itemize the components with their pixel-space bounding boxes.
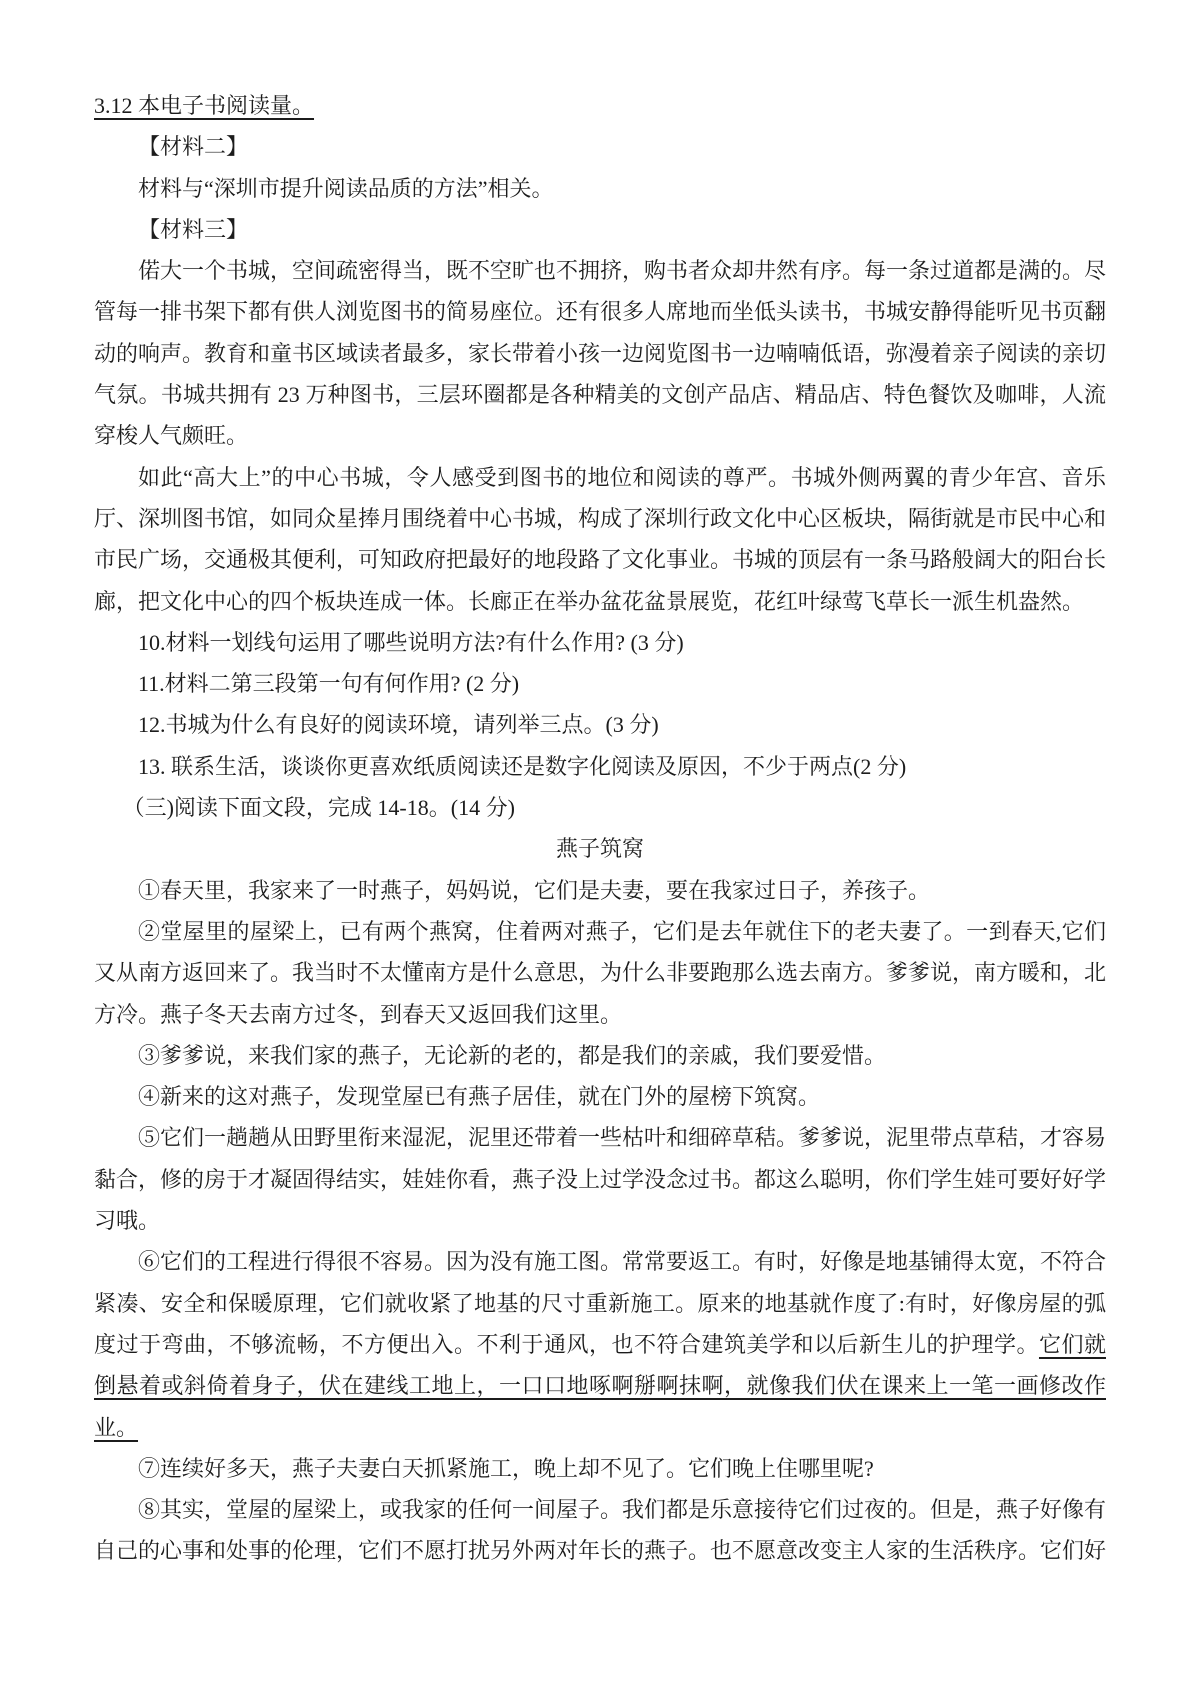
- essay-paragraph-2: ②堂屋里的屋梁上，已有两个燕窝，住着两对燕子，它们是去年就住下的老夫妻了。一到春…: [94, 911, 1106, 1035]
- essay-paragraph-4: ④新来的这对燕子，发现堂屋已有燕子居佳，就在门外的屋榜下筑窝。: [94, 1076, 1106, 1117]
- question-11: 11.材料二第三段第一句有何作用? (2 分): [94, 663, 1106, 704]
- material-3-label: 【材料三】: [94, 209, 1106, 250]
- material-2-text: 材料与“深圳市提升阅读品质的方法”相关。: [94, 168, 1106, 209]
- question-3-tail-line: 3.12 本电子书阅读量。: [94, 85, 1106, 126]
- question-10: 10.材料一划线句运用了哪些说明方法?有什么作用? (3 分): [94, 622, 1106, 663]
- essay-paragraph-3: ③爹爹说，来我们家的燕子，无论新的老的，都是我们的亲戚，我们要爱惜。: [94, 1035, 1106, 1076]
- question-3-tail-underlined-text: 3.12 本电子书阅读量。: [94, 93, 314, 118]
- material-3-paragraph-1: 偌大一个书城，空间疏密得当，既不空旷也不拥挤，购书者众却井然有序。每一条过道都是…: [94, 250, 1106, 456]
- essay-title: 燕子筑窝: [94, 828, 1106, 869]
- essay-paragraph-8: ⑧其实，堂屋的屋梁上，或我家的任何一间屋子。我们都是乐意接待它们过夜的。但是，燕…: [94, 1489, 1106, 1572]
- material-2-label: 【材料二】: [94, 126, 1106, 167]
- essay-paragraph-6: ⑥它们的工程进行得很不容易。因为没有施工图。常常要返工。有时，好像是地基铺得太宽…: [94, 1241, 1106, 1447]
- essay-paragraph-6-normal-text: ⑥它们的工程进行得很不容易。因为没有施工图。常常要返工。有时，好像是地基铺得太宽…: [94, 1249, 1106, 1357]
- essay-paragraph-1: ①春天里，我家来了一时燕子，妈妈说，它们是夫妻，要在我家过日子，养孩子。: [94, 870, 1106, 911]
- question-12: 12.书城为什么有良好的阅读环境，请列举三点。(3 分): [94, 704, 1106, 745]
- section-3-header: （三)阅读下面文段，完成 14-18。(14 分): [94, 787, 1106, 828]
- question-13: 13. 联系生活，谈谈你更喜欢纸质阅读还是数字化阅读及原因，不少于两点(2 分): [94, 746, 1106, 787]
- material-3-paragraph-2: 如此“高大上”的中心书城，令人感受到图书的地位和阅读的尊严。书城外侧两翼的青少年…: [94, 457, 1106, 622]
- exam-document-page: 3.12 本电子书阅读量。 【材料二】 材料与“深圳市提升阅读品质的方法”相关。…: [0, 0, 1200, 1698]
- essay-paragraph-7: ⑦连续好多天，燕子夫妻白天抓紧施工，晚上却不见了。它们晚上住哪里呢?: [94, 1448, 1106, 1489]
- essay-paragraph-5: ⑤它们一趟趟从田野里衔来湿泥，泥里还带着一些枯叶和细碎草秸。爹爹说，泥里带点草秸…: [94, 1117, 1106, 1241]
